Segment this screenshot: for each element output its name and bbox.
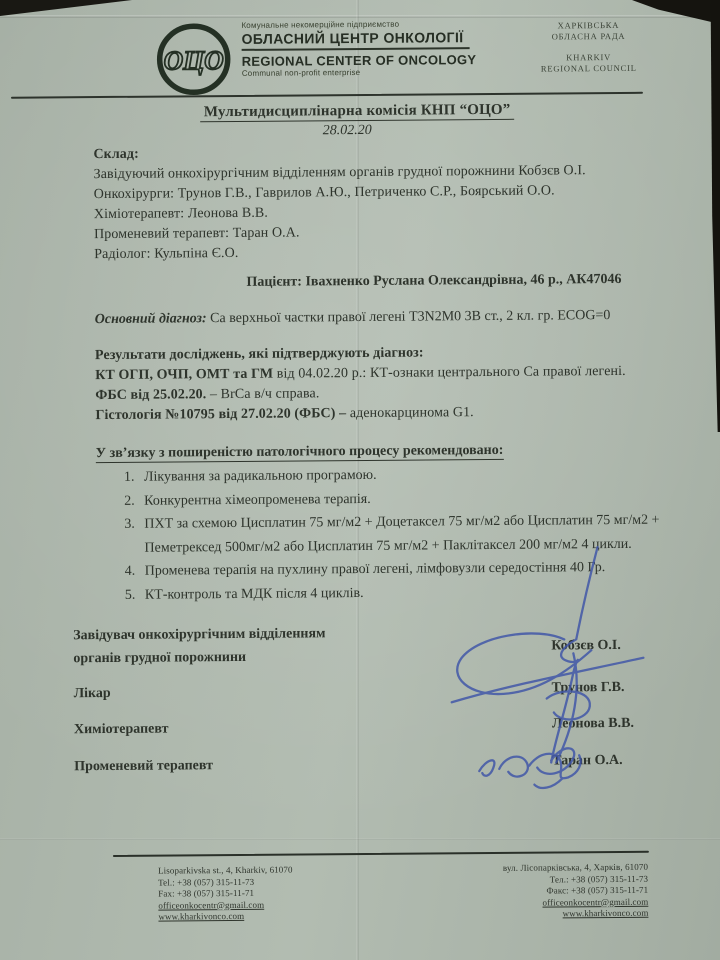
footer-website: www.kharkivonco.com — [158, 911, 293, 924]
header-council-block: ХАРКІВСЬКА ОБЛАСНА РАДА KHARKIV REGIONAL… — [528, 20, 648, 75]
diagnosis-line: Основний діагноз: Са верхньої частки пра… — [95, 308, 665, 328]
recommendations-list: Лікування за радикальною програмою. Конк… — [96, 461, 687, 607]
header-org-block: Комунальне некомерційне підприємство ОБЛ… — [241, 19, 501, 78]
signature-name: Трунов Г.В. — [552, 679, 692, 696]
signature-role: Химіотерапевт — [74, 716, 374, 741]
org-name-divider — [242, 47, 470, 50]
council-en-line2: REGIONAL COUNCIL — [529, 63, 649, 75]
patient-line: Пацієнт: Івахненко Руслана Олександрівна… — [246, 271, 706, 291]
footer-website: www.kharkivonco.com — [383, 908, 648, 922]
recommendation-item: Променева терапія на пухлину правої леге… — [139, 555, 687, 583]
composition-section: Склад: Завідуючий онкохірургічним відділ… — [93, 141, 654, 265]
footer-rule — [113, 851, 649, 857]
document-date: 28.02.20 — [0, 120, 697, 141]
org-name-uk: ОБЛАСНИЙ ЦЕНТР ОНКОЛОГІЇ — [241, 29, 501, 47]
header-rule — [11, 92, 643, 99]
oncology-center-logo-icon: ОЦО — [152, 21, 235, 100]
recommendation-item: ПХТ за схемою Цисплатин 75 мг/м2 + Доцет… — [138, 508, 686, 559]
diagnosis-label: Основний діагноз: — [95, 311, 207, 327]
org-subtitle-en: Communal non-profit enterprise — [242, 66, 502, 77]
org-name-en: REGIONAL CENTER OF ONCOLOGY — [242, 51, 502, 68]
recommendation-item: КТ-контроль та МДК після 4 циклів. — [139, 579, 687, 607]
svg-text:ОЦО: ОЦО — [164, 45, 224, 75]
signature-role: Лікар — [74, 680, 374, 705]
document-title: Мультидисциплінарна комісія КНП “ОЦО” — [0, 100, 717, 123]
signature-name: Таран О.А. — [552, 752, 692, 769]
signature-role: Завідувач онкохірургічним відділенням ор… — [73, 622, 373, 670]
results-section: Результати досліджень, які підтверджують… — [95, 342, 676, 427]
signature-name: Кобзєв О.І. — [551, 637, 691, 654]
signature-role: Променевий терапевт — [74, 753, 374, 778]
recommendations-heading: У зв’язку з поширеністю патологічного пр… — [96, 442, 676, 463]
document-content: ОЦО Комунальне некомерційне підприємство… — [0, 0, 720, 960]
diagnosis-value: Са верхньої частки правої легені T3N2M0 … — [207, 308, 611, 326]
footer-address-uk: вул. Лісопарківська, 4, Харків, 61070 Те… — [383, 862, 648, 922]
footer-address-en: Lisoparkivska st., 4, Kharkiv, 61070 Tel… — [158, 865, 293, 924]
composition-line: Радіолог: Кульпіна Є.О. — [94, 241, 654, 265]
signature-name: Леонова В.В. — [552, 715, 692, 732]
results-line: Гістологія №10795 від 27.02.20 (ФБС) – а… — [95, 402, 675, 427]
footer-line: Lisoparkivska st., 4, Kharkiv, 61070 — [158, 865, 293, 878]
